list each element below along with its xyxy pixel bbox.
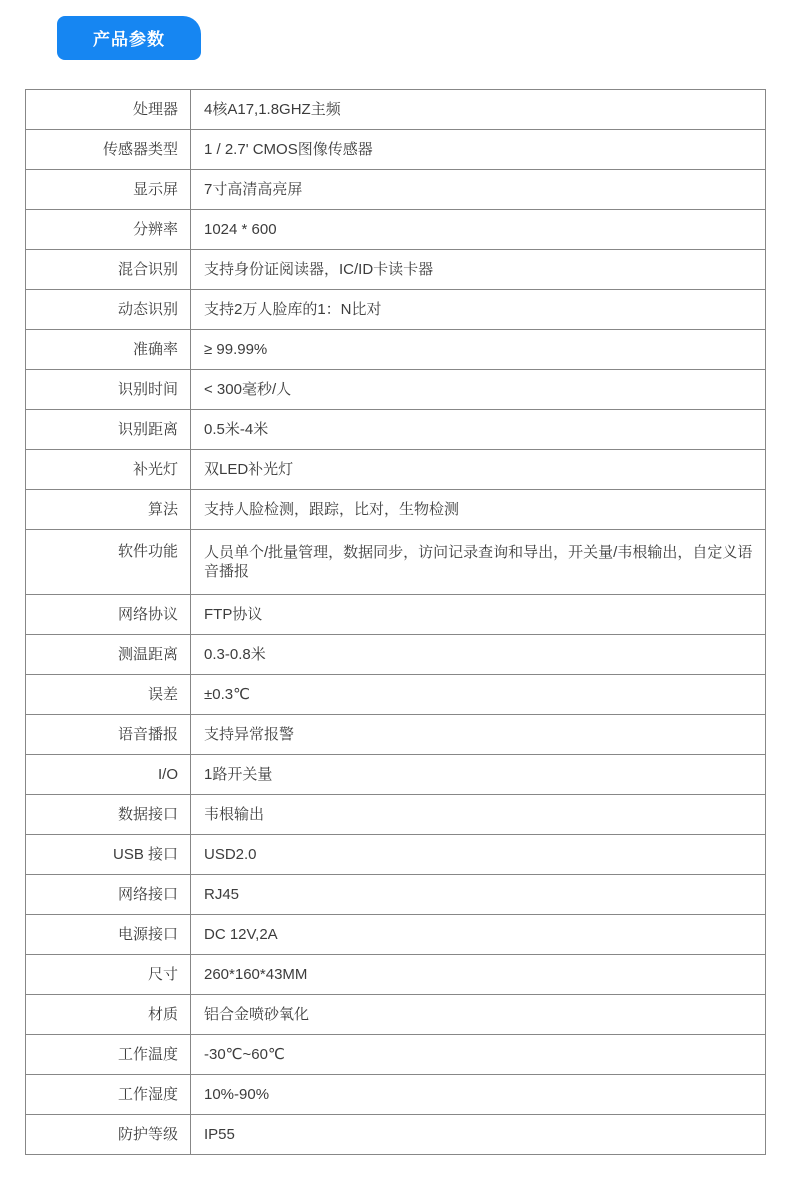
table-row: 动态识别支持2万人脸库的1：N比对	[26, 290, 766, 330]
table-row: 防护等级IP55	[26, 1115, 766, 1155]
spec-label: 软件功能	[26, 530, 191, 595]
spec-label: 网络接口	[26, 875, 191, 915]
spec-value: USD2.0	[191, 835, 766, 875]
table-row: I/O1路开关量	[26, 755, 766, 795]
spec-label: 混合识别	[26, 250, 191, 290]
table-row: 测温距离0.3-0.8米	[26, 635, 766, 675]
spec-label: 传感器类型	[26, 130, 191, 170]
spec-label: 识别时间	[26, 370, 191, 410]
spec-label: 防护等级	[26, 1115, 191, 1155]
table-row: 处理器4核A17,1.8GHZ主频	[26, 90, 766, 130]
table-row: 显示屏7寸高清高亮屏	[26, 170, 766, 210]
spec-value: FTP协议	[191, 595, 766, 635]
table-row: 识别时间< 300毫秒/人	[26, 370, 766, 410]
spec-label: 识别距离	[26, 410, 191, 450]
spec-label: 工作湿度	[26, 1075, 191, 1115]
spec-value: 韦根输出	[191, 795, 766, 835]
spec-label: 工作温度	[26, 1035, 191, 1075]
table-row: USB 接口USD2.0	[26, 835, 766, 875]
spec-value: -30℃~60℃	[191, 1035, 766, 1075]
spec-label: 语音播报	[26, 715, 191, 755]
table-row: 数据接口韦根输出	[26, 795, 766, 835]
spec-label: 分辨率	[26, 210, 191, 250]
spec-value: 双LED补光灯	[191, 450, 766, 490]
spec-label: USB 接口	[26, 835, 191, 875]
spec-value: 1024 * 600	[191, 210, 766, 250]
table-row: 误差±0.3℃	[26, 675, 766, 715]
spec-value: 260*160*43MM	[191, 955, 766, 995]
spec-value: 10%-90%	[191, 1075, 766, 1115]
spec-table-body: 处理器4核A17,1.8GHZ主频传感器类型1 / 2.7' CMOS图像传感器…	[26, 90, 766, 1155]
spec-label: 误差	[26, 675, 191, 715]
spec-label: 网络协议	[26, 595, 191, 635]
spec-value: 支持2万人脸库的1：N比对	[191, 290, 766, 330]
table-row: 混合识别支持身份证阅读器，IC/ID卡读卡器	[26, 250, 766, 290]
spec-value: 支持人脸检测，跟踪，比对，生物检测	[191, 490, 766, 530]
table-row: 语音播报支持异常报警	[26, 715, 766, 755]
table-row: 尺寸260*160*43MM	[26, 955, 766, 995]
table-row: 网络协议FTP协议	[26, 595, 766, 635]
spec-label: 算法	[26, 490, 191, 530]
table-row: 软件功能人员单个/批量管理，数据同步，访问记录查询和导出，开关量/韦根输出，自定…	[26, 530, 766, 595]
spec-value: 7寸高清高亮屏	[191, 170, 766, 210]
spec-value: DC 12V,2A	[191, 915, 766, 955]
spec-value: ±0.3℃	[191, 675, 766, 715]
spec-value: 4核A17,1.8GHZ主频	[191, 90, 766, 130]
spec-value: 1路开关量	[191, 755, 766, 795]
table-row: 传感器类型1 / 2.7' CMOS图像传感器	[26, 130, 766, 170]
spec-label: 材质	[26, 995, 191, 1035]
spec-value: 1 / 2.7' CMOS图像传感器	[191, 130, 766, 170]
table-row: 网络接口RJ45	[26, 875, 766, 915]
spec-label: 数据接口	[26, 795, 191, 835]
spec-label: 电源接口	[26, 915, 191, 955]
spec-value: 支持身份证阅读器，IC/ID卡读卡器	[191, 250, 766, 290]
product-spec-table: 处理器4核A17,1.8GHZ主频传感器类型1 / 2.7' CMOS图像传感器…	[25, 89, 766, 1155]
table-row: 电源接口DC 12V,2A	[26, 915, 766, 955]
spec-label: 准确率	[26, 330, 191, 370]
spec-label: 测温距离	[26, 635, 191, 675]
spec-label: 尺寸	[26, 955, 191, 995]
table-row: 补光灯双LED补光灯	[26, 450, 766, 490]
spec-value: 人员单个/批量管理，数据同步，访问记录查询和导出，开关量/韦根输出，自定义语音播…	[191, 530, 766, 595]
table-row: 分辨率1024 * 600	[26, 210, 766, 250]
table-row: 工作湿度10%-90%	[26, 1075, 766, 1115]
spec-value: 支持异常报警	[191, 715, 766, 755]
spec-label: 补光灯	[26, 450, 191, 490]
spec-value: 0.5米-4米	[191, 410, 766, 450]
spec-value: 0.3-0.8米	[191, 635, 766, 675]
spec-label: 动态识别	[26, 290, 191, 330]
table-row: 工作温度-30℃~60℃	[26, 1035, 766, 1075]
spec-label: 处理器	[26, 90, 191, 130]
spec-label: I/O	[26, 755, 191, 795]
table-row: 识别距离0.5米-4米	[26, 410, 766, 450]
table-row: 算法支持人脸检测，跟踪，比对，生物检测	[26, 490, 766, 530]
spec-value: RJ45	[191, 875, 766, 915]
spec-value: < 300毫秒/人	[191, 370, 766, 410]
table-row: 材质铝合金喷砂氧化	[26, 995, 766, 1035]
table-row: 准确率≥ 99.99%	[26, 330, 766, 370]
spec-label: 显示屏	[26, 170, 191, 210]
spec-value: IP55	[191, 1115, 766, 1155]
spec-value: 铝合金喷砂氧化	[191, 995, 766, 1035]
spec-value: ≥ 99.99%	[191, 330, 766, 370]
section-badge-product-params: 产品参数	[57, 16, 201, 60]
